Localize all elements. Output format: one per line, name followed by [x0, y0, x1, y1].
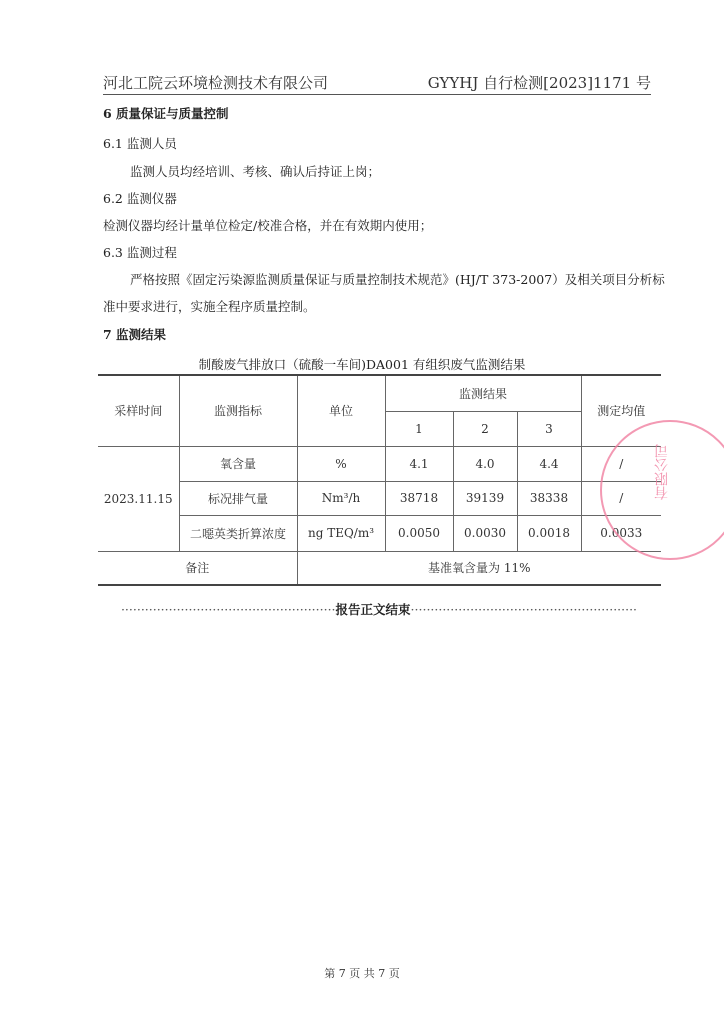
indicator-cell: 二噁英类折算浓度 [179, 515, 297, 551]
header-result-1: 1 [385, 411, 453, 446]
section-6-1-text: 监测人员均经培训、考核、确认后持证上岗； [130, 162, 380, 180]
remark-text: 基准氧含量为 11% [297, 551, 661, 585]
value-cell: 0.0018 [517, 515, 581, 551]
table-caption: 制酸废气排放口（硫酸一车间)DA001 有组织废气监测结果 [0, 355, 724, 373]
unit-cell: ng TEQ/m³ [297, 515, 385, 551]
remark-row: 备注 基准氧含量为 11% [98, 551, 661, 585]
header-unit: 单位 [297, 375, 385, 446]
value-cell: 38338 [517, 481, 581, 515]
section-6-title: 6 质量保证与质量控制 [103, 104, 229, 122]
section-6-2-text: 检测仪器均经计量单位检定/校准合格，并在有效期内使用； [103, 216, 432, 234]
table-row: 标况排气量 Nm³/h 38718 39139 38338 / [98, 481, 661, 515]
section-6-3-text-1: 严格按照《固定污染源监测质量保证与质量控制技术规范》(HJ/T 373-2007… [130, 270, 665, 288]
value-cell: 4.1 [385, 446, 453, 481]
value-cell: 4.0 [453, 446, 517, 481]
indicator-cell: 氧含量 [179, 446, 297, 481]
header-result-2: 2 [453, 411, 517, 446]
unit-cell: Nm³/h [297, 481, 385, 515]
section-6-1-title: 6.1 监测人员 [103, 134, 177, 152]
dotted-leader-left: ········································… [121, 602, 336, 617]
section-6-3-text-2: 准中要求进行，实施全程序质量控制。 [103, 297, 316, 315]
indicator-cell: 标况排气量 [179, 481, 297, 515]
value-cell: 4.4 [517, 446, 581, 481]
table-row: 2023.11.15 氧含量 % 4.1 4.0 4.4 / [98, 446, 661, 481]
table-row: 二噁英类折算浓度 ng TEQ/m³ 0.0050 0.0030 0.0018 … [98, 515, 661, 551]
value-cell: 0.0050 [385, 515, 453, 551]
header-indicator: 监测指标 [179, 375, 297, 446]
sampling-date: 2023.11.15 [98, 446, 179, 551]
report-end-text: 报告正文结束 [336, 602, 411, 617]
company-name: 河北工院云环境检测技术有限公司 [103, 72, 328, 93]
page-number: 第 7 页 共 7 页 [0, 965, 724, 981]
company-seal-text: 有限公司 [654, 444, 674, 500]
report-number: GYYHJ 自行检测[2023]1171 号 [428, 72, 651, 93]
report-end-marker: ········································… [103, 600, 655, 618]
section-6-3-title: 6.3 监测过程 [103, 243, 177, 261]
section-7-title: 7 监测结果 [103, 325, 166, 343]
remark-label: 备注 [98, 551, 297, 585]
results-table: 采样时间 监测指标 单位 监测结果 测定均值 1 2 3 2023.11.15 … [98, 374, 661, 586]
value-cell: 0.0030 [453, 515, 517, 551]
value-cell: 39139 [453, 481, 517, 515]
header-result-3: 3 [517, 411, 581, 446]
header-results: 监测结果 [385, 375, 581, 411]
dotted-leader-right: ········································… [411, 602, 637, 617]
page-header: 河北工院云环境检测技术有限公司 GYYHJ 自行检测[2023]1171 号 [103, 72, 651, 95]
unit-cell: % [297, 446, 385, 481]
section-6-2-title: 6.2 监测仪器 [103, 189, 177, 207]
value-cell: 38718 [385, 481, 453, 515]
header-sampling-time: 采样时间 [98, 375, 179, 446]
